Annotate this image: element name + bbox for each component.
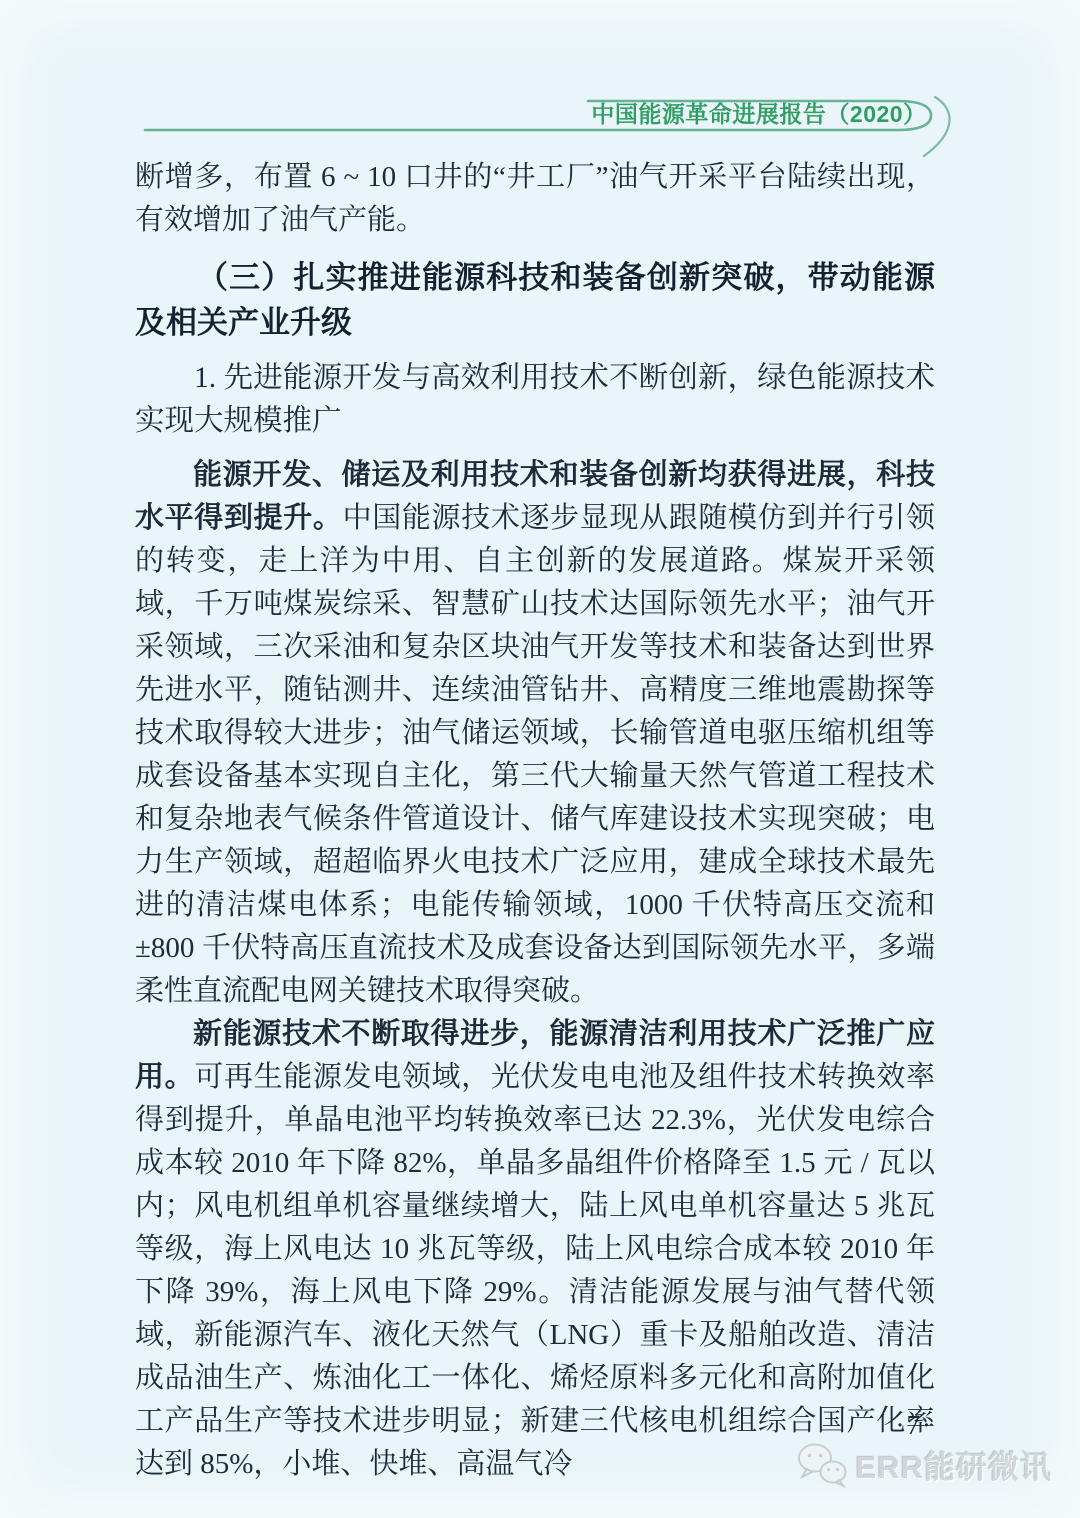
paragraph: 新能源技术不断取得进步，能源清洁利用技术广泛推广应用。可再生能源发电领域，光伏发… <box>135 1013 935 1486</box>
section-heading: （三）扎实推进能源科技和装备创新突破，带动能源及相关产业升级 <box>135 255 935 345</box>
paragraph: 能源开发、储运及利用技术和装备创新均获得进展，科技水平得到提升。中国能源技术逐步… <box>135 454 935 1013</box>
page-number: ·7· <box>896 1408 933 1442</box>
document-page: { "page": { "background": "#e9f5f8", "te… <box>0 0 1080 1518</box>
watermark: ERR能研微讯 <box>796 1441 1052 1488</box>
watermark-text: ERR能研微讯 <box>856 1442 1052 1487</box>
paragraph-continued: 断增多，布置 6 ~ 10 口井的“井工厂”油气开采平台陆续出现，有效增加了油气… <box>135 156 935 242</box>
document-body: 断增多，布置 6 ~ 10 口井的“井工厂”油气开采平台陆续出现，有效增加了油气… <box>135 156 935 1486</box>
wechat-icon <box>796 1441 848 1488</box>
header-title: 中国能源革命进展报告（2020） <box>588 99 930 130</box>
subsection-heading: 1. 先进能源开发与高效利用技术不断创新，绿色能源技术实现大规模推广 <box>135 357 935 443</box>
header-rule <box>0 0 1080 175</box>
